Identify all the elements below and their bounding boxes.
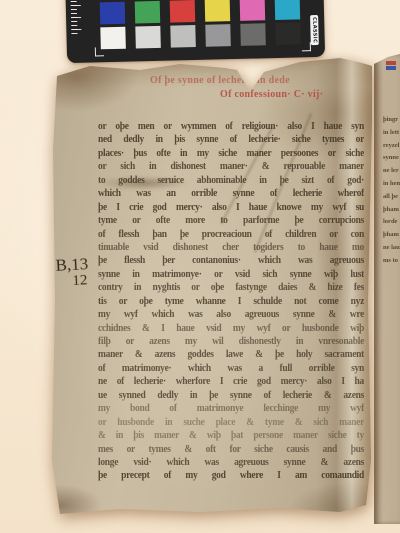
manuscript-line: þe I crie god mercy· also I haue knowe m… — [98, 202, 364, 216]
checker-swatch-cyan — [275, 0, 301, 20]
manuscript-line: & in þis maner & wiþ þat persone maner s… — [98, 431, 364, 445]
manuscript-line: mes or tymes & oft for siche causis and … — [98, 444, 364, 458]
manuscript-line: tyme or ofte more to parforme þe corrupc… — [98, 216, 364, 230]
checker-swatch-black — [275, 22, 301, 45]
manuscript-line: to goddes seruice abhominable in þe sizt… — [98, 175, 364, 189]
adjacent-line: in hem — [383, 178, 400, 191]
adjacent-line: þham — [383, 229, 400, 242]
rubric-heading-line1: Of þe synne of lecherie in dede — [150, 75, 290, 86]
registration-bracket-right — [302, 42, 311, 51]
checker-swatch-red — [170, 0, 196, 23]
decorated-initial-mark — [386, 61, 396, 70]
colorchecker-brand-text: hecker — [306, 0, 317, 15]
adjacent-line: all þe — [383, 191, 400, 204]
manuscript-line: ned dedly in þis synne of lecherie· sich… — [98, 135, 364, 149]
adjacent-line: ne ler — [383, 165, 400, 178]
checker-swatch-blue — [100, 2, 126, 25]
colorchecker-card: hecker CLASSIC — [65, 0, 325, 63]
manuscript-line: þe flessh þer contanonius· which was agr… — [98, 256, 364, 270]
ruler-scale-major-ticks — [70, 0, 82, 35]
manuscript-line: which was an orrible synne of lecherie w… — [98, 189, 364, 203]
manuscript-line: ue synned dedly in þe synne of lecherie … — [98, 390, 364, 404]
adjacent-line: þham — [383, 204, 400, 217]
manuscript-line: tis or oþe tyme whanne I schulde not com… — [98, 296, 364, 310]
adjacent-line: ne lau — [383, 242, 400, 255]
margin-annotation-line2: 12 — [72, 272, 89, 290]
manuscript-line: of matrimonye· which was a full orrible … — [98, 363, 364, 377]
registration-bracket-left — [95, 47, 104, 56]
manuscript-text-block: or oþe men or wymmen of religioun· also … — [98, 122, 364, 485]
red-ornament-bar — [386, 61, 396, 65]
adjacent-line: lorde — [383, 216, 400, 229]
checker-swatch-yellow — [205, 0, 231, 22]
manuscript-line: cchidnes & I haue vsid my wyf or husbond… — [98, 323, 364, 337]
manuscript-line: þe precept of my god where I am comaundi… — [98, 471, 364, 485]
classic-badge: CLASSIC — [310, 15, 319, 45]
manuscript-line: my bond of matrimonye lecchinge my wyf — [98, 404, 364, 418]
checker-swatch-white — [100, 27, 126, 50]
adjacent-line: in lett — [383, 127, 400, 140]
checker-swatch-gray-1 — [135, 26, 161, 49]
adjacent-line: synne — [383, 152, 400, 165]
margin-annotation: B,13 12 — [55, 255, 89, 291]
adjacent-page-text: þingr in lett reyzel synne ne ler in hem… — [383, 114, 400, 268]
blue-ornament-bar — [386, 66, 396, 70]
adjacent-page-sliver: þingr in lett reyzel synne ne ler in hem… — [374, 54, 400, 524]
adjacent-line: ms to — [383, 255, 400, 268]
manuscript-line: places· þus ofte in my siche maner perso… — [98, 148, 364, 162]
manuscript-line: of flessh þan þe procreacioun of childre… — [98, 229, 364, 243]
margin-annotation-line1: B,13 — [55, 255, 88, 274]
adjacent-line: þingr — [383, 114, 400, 127]
manuscript-line: my wyf which was also agreuous synne & w… — [98, 310, 364, 324]
rubric-heading-line2: Of confessioun· C· vij· — [220, 89, 323, 100]
manuscript-leaf: Of þe synne of lecherie in dede Of confe… — [50, 58, 374, 524]
manuscript-line: or sich in dishonest maner· & reprouable… — [98, 162, 364, 176]
manuscript-line: synne in matrimonye· or vsid sich synne … — [98, 269, 364, 283]
checker-swatch-gray-4 — [240, 23, 266, 46]
checker-swatch-gray-2 — [170, 25, 196, 48]
manuscript-line: maner & azens goddes lawe & þe holy sacr… — [98, 350, 364, 364]
checker-swatch-green — [135, 1, 161, 24]
checker-swatch-magenta — [240, 0, 266, 21]
checker-swatch-gray-3 — [205, 24, 231, 47]
manuscript-line: contry in nyghtis or oþe fastynge daies … — [98, 283, 364, 297]
manuscript-line: or husbonde in suche place & tyme & sich… — [98, 417, 364, 431]
manuscript-photo: þingr in lett reyzel synne ne ler in hem… — [0, 0, 400, 533]
adjacent-line: reyzel — [383, 140, 400, 153]
manuscript-line: ne of lecherie· wherfore I crie god merc… — [98, 377, 364, 391]
